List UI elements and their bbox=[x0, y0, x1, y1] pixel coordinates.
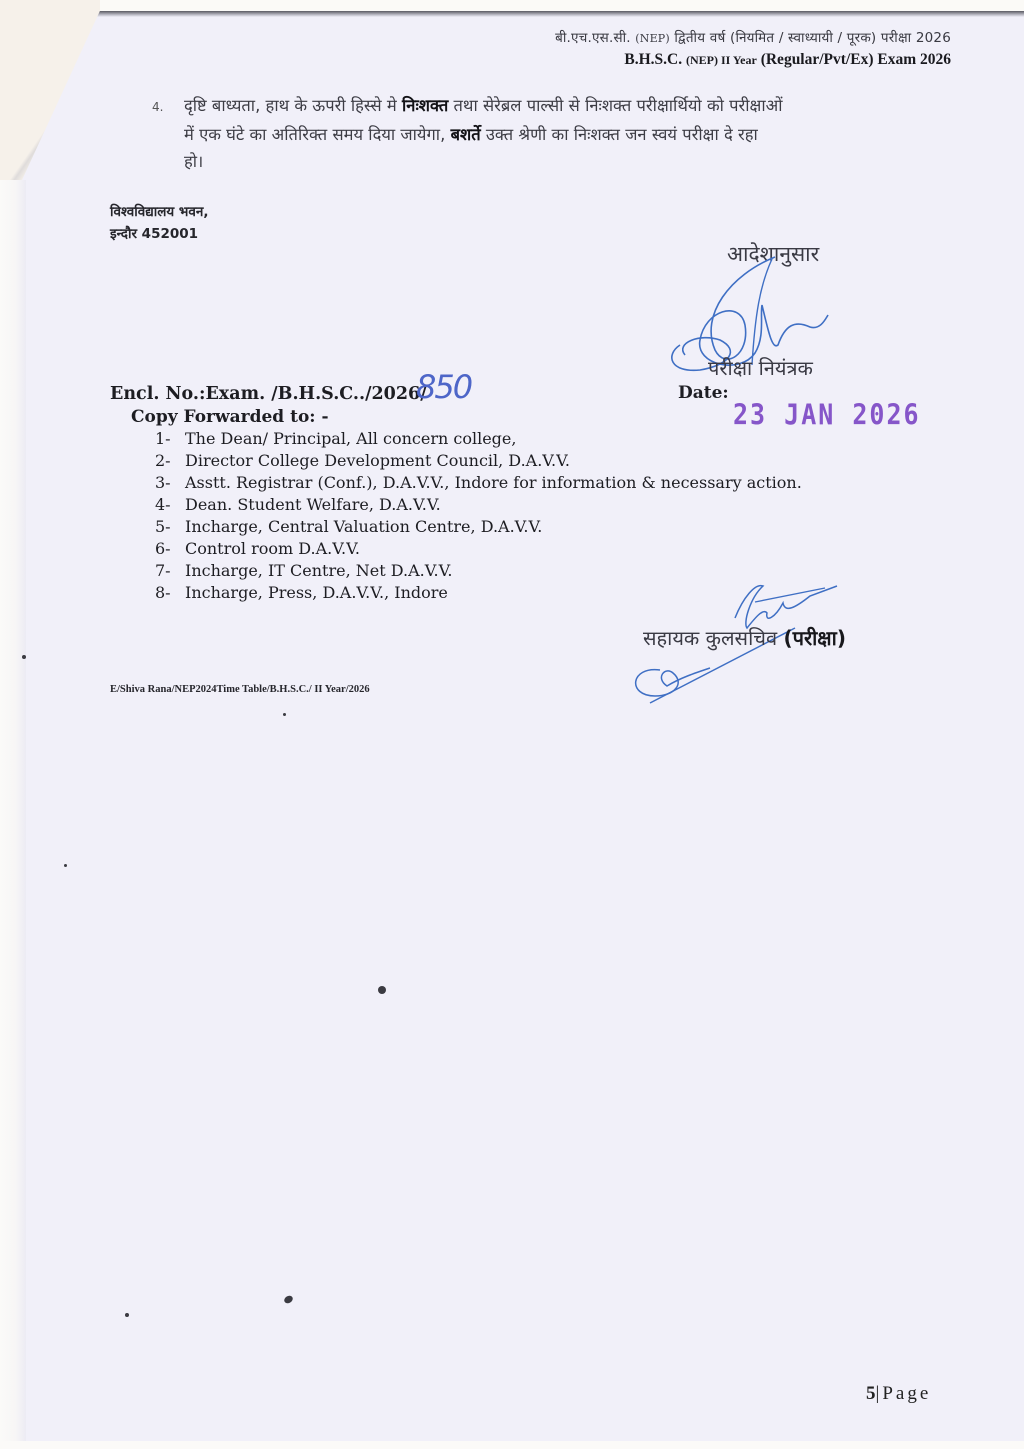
scan-speck bbox=[378, 986, 386, 994]
page-top-shadow bbox=[92, 11, 1024, 17]
recipient-number: 7- bbox=[155, 560, 185, 582]
recipient-number: 1- bbox=[155, 428, 185, 450]
scan-speck bbox=[22, 655, 26, 659]
enclosure-handwritten-number: 850 bbox=[416, 368, 471, 406]
header-english-post: (Regular/Pvt/Ex) Exam 2026 bbox=[761, 51, 951, 68]
header-hindi-nep: (NEP) bbox=[635, 32, 670, 45]
recipient-item: 2-Director College Development Council, … bbox=[155, 450, 802, 472]
recipient-item: 6-Control room D.A.V.V. bbox=[155, 538, 802, 560]
recipient-text: The Dean/ Principal, All concern college… bbox=[185, 429, 516, 448]
recipient-text: Director College Development Council, D.… bbox=[185, 451, 570, 470]
file-reference: E/Shiva Rana/NEP2024Time Table/B.H.S.C./… bbox=[110, 684, 370, 695]
instruction-line2-b: उक्त श्रेणी का निःशक्त जन स्वयं परीक्षा … bbox=[481, 125, 758, 144]
recipient-number: 2- bbox=[155, 450, 185, 472]
recipient-text: Dean. Student Welfare, D.A.V.V. bbox=[185, 495, 441, 514]
address-line2: इन्दौर 452001 bbox=[110, 223, 209, 245]
recipient-item: 1-The Dean/ Principal, All concern colle… bbox=[155, 428, 802, 450]
instruction-number: 4. bbox=[152, 94, 184, 121]
scan-speck bbox=[125, 1313, 129, 1317]
instruction-line1-b: तथा सेरेब्रल पाल्सी से निःशक्त परीक्षार्… bbox=[448, 96, 782, 115]
recipient-number: 4- bbox=[155, 494, 185, 516]
scan-speck bbox=[283, 713, 286, 716]
header-english-title: B.H.S.C. (NEP) II Year (Regular/Pvt/Ex) … bbox=[624, 51, 951, 69]
recipient-text: Asstt. Registrar (Conf.), D.A.V.V., Indo… bbox=[185, 473, 802, 492]
header-hindi-pre: बी.एच.एस.सी. bbox=[555, 30, 631, 46]
controller-designation: परीक्षा नियंत्रक bbox=[708, 354, 813, 381]
page-number-value: 5 bbox=[866, 1383, 876, 1404]
recipient-item: 4-Dean. Student Welfare, D.A.V.V. bbox=[155, 494, 802, 516]
recipient-text: Control room D.A.V.V. bbox=[185, 539, 360, 558]
instruction-line1-bold: निःशक्त bbox=[402, 96, 448, 115]
date-stamp: 23 JAN 2026 bbox=[733, 398, 921, 431]
recipient-number: 6- bbox=[155, 538, 185, 560]
instruction-line2-bold: बशर्ते bbox=[451, 125, 481, 144]
recipient-item: 3-Asstt. Registrar (Conf.), D.A.V.V., In… bbox=[155, 472, 802, 494]
scan-speck bbox=[64, 864, 67, 867]
instruction-line3: हो। bbox=[184, 148, 952, 175]
header-hindi-post: द्वितीय वर्ष (नियमित / स्वाध्यायी / पूरक… bbox=[674, 30, 951, 46]
recipient-text: Incharge, Press, D.A.V.V., Indore bbox=[185, 583, 448, 602]
enclosure-number-label: Encl. No.:Exam. /B.H.S.C../2026/ bbox=[110, 384, 427, 404]
recipient-number: 3- bbox=[155, 472, 185, 494]
header-hindi-title: बी.एच.एस.सी. (NEP) द्वितीय वर्ष (नियमित … bbox=[555, 28, 951, 46]
scan-left-margin bbox=[0, 180, 26, 1449]
assistant-registrar-designation: सहायक कुलसचिव (परीक्षा) bbox=[643, 624, 846, 651]
instruction-line1-a: दृष्टि बाध्यता, हाथ के ऊपरी हिस्से मे bbox=[184, 96, 402, 115]
recipient-text: Incharge, Central Valuation Centre, D.A.… bbox=[185, 517, 542, 536]
page-number: 5|Page bbox=[866, 1383, 931, 1405]
recipient-number: 8- bbox=[155, 582, 185, 604]
page-number-label: Page bbox=[882, 1383, 931, 1404]
asst-reg-dept: (परीक्षा) bbox=[783, 626, 846, 650]
instruction-line2-a: में एक घंटे का अतिरिक्त समय दिया जायेगा, bbox=[184, 125, 451, 144]
header-english-nep: (NEP) II Year bbox=[686, 53, 757, 67]
university-address: विश्वविद्यालय भवन, इन्दौर 452001 bbox=[110, 201, 209, 245]
header-english-pre: B.H.S.C. bbox=[624, 51, 682, 68]
asst-reg-title: सहायक कुलसचिव bbox=[643, 626, 777, 650]
address-line1: विश्वविद्यालय भवन, bbox=[110, 201, 209, 223]
instruction-point-4: 4.दृष्टि बाध्यता, हाथ के ऊपरी हिस्से मे … bbox=[152, 92, 952, 175]
recipient-item: 5-Incharge, Central Valuation Centre, D.… bbox=[155, 516, 802, 538]
recipient-text: Incharge, IT Centre, Net D.A.V.V. bbox=[185, 561, 452, 580]
scan-bottom-margin bbox=[0, 1441, 1024, 1449]
date-label: Date: bbox=[678, 383, 729, 403]
recipient-number: 5- bbox=[155, 516, 185, 538]
instruction-line2: में एक घंटे का अतिरिक्त समय दिया जायेगा,… bbox=[184, 121, 952, 148]
copy-forwarded-label: Copy Forwarded to: - bbox=[131, 407, 329, 427]
